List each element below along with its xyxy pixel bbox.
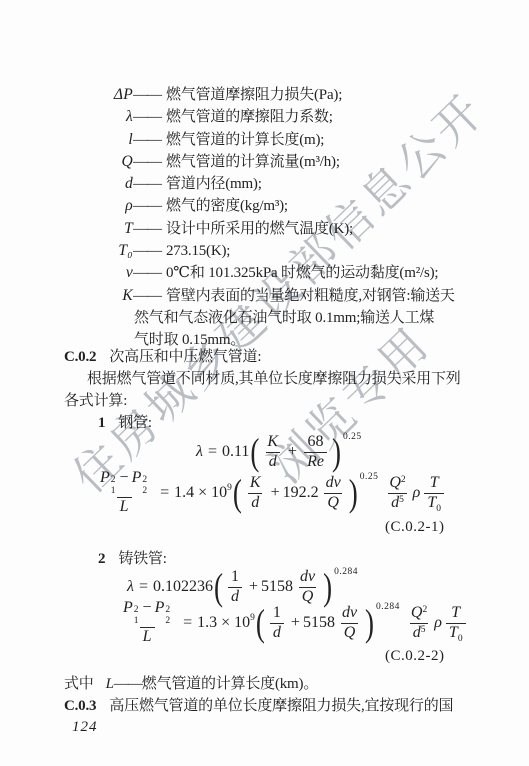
var-lambda: λ bbox=[196, 443, 203, 461]
fraction-68-over-re: 68 Re bbox=[304, 433, 327, 471]
definition-row: K——管壁内表面的当量绝对粗糙度,对钢管:输送天 bbox=[64, 285, 455, 307]
sup-sub-stack: 22 bbox=[142, 475, 147, 497]
definition-row: T——设计中所采用的燃气温度(K); bbox=[64, 218, 455, 240]
fraction-k-over-d: K d bbox=[264, 433, 281, 471]
equation-footnote: 式中L——燃气管道的计算长度(km)。 bbox=[64, 672, 318, 693]
em-dash: —— bbox=[114, 676, 142, 692]
equals-sign: = bbox=[139, 578, 148, 596]
clause-c02-heading: C.0.2次高压和中压燃气管道: bbox=[64, 345, 261, 366]
var-rho: ρ bbox=[434, 614, 442, 632]
fraction-pressure-over-length: P21−P22 L bbox=[97, 469, 151, 516]
page-number: 124 bbox=[72, 719, 98, 736]
definition-row: λ——燃气管道的摩擦阻力系数; bbox=[64, 106, 455, 128]
equation-steel-pressure-drop: P21−P22 L = 1.4 × 109 ( K d + 192.2 dν Q… bbox=[93, 469, 448, 517]
coefficient-2: 192.2 bbox=[283, 484, 319, 502]
equation-label-c02-2: (C.0.2-2) bbox=[385, 648, 445, 665]
right-paren: ) bbox=[332, 433, 341, 471]
definition-row: Q——燃气管道的计算流量(m³/h); bbox=[64, 151, 455, 173]
right-paren: ) bbox=[365, 604, 374, 642]
item-label: 钢管: bbox=[118, 415, 152, 431]
em-dash: —— bbox=[133, 151, 166, 173]
left-paren: ( bbox=[256, 604, 265, 642]
left-paren: ( bbox=[233, 474, 242, 512]
item-number: 2 bbox=[98, 551, 105, 567]
exponent: 0.284 bbox=[376, 602, 400, 612]
definition-text: 燃气管道的计算长度(m); bbox=[166, 129, 324, 151]
coefficient-2: 5158 bbox=[261, 578, 293, 596]
sup-sub-stack: 21 bbox=[111, 475, 116, 497]
definition-text: 燃气管道摩擦阻力损失(Pa); bbox=[166, 84, 342, 106]
definition-row: l——燃气管道的计算长度(m); bbox=[64, 129, 455, 151]
definition-text: 管道内径(mm); bbox=[166, 173, 262, 195]
plus-sign: + bbox=[271, 484, 280, 502]
em-dash: —— bbox=[133, 106, 166, 128]
equals-sign: = bbox=[183, 614, 192, 632]
definition-text: 0℃和 101.325kPa 时燃气的运动黏度(m²/s); bbox=[166, 262, 438, 284]
exponent: 0.284 bbox=[334, 567, 358, 577]
definition-row: T₀——273.15(K); bbox=[64, 240, 455, 262]
right-paren: ) bbox=[349, 474, 358, 512]
var-lambda: λ bbox=[127, 578, 134, 596]
equals-sign: = bbox=[208, 443, 217, 461]
clause-title: 次高压和中压燃气管道: bbox=[109, 349, 261, 365]
clause-text: 高压燃气管道的单位长度摩擦阻力损失,宜按现行的国 bbox=[109, 698, 453, 714]
list-item-steel-pipe: 1钢管: bbox=[98, 411, 152, 432]
symbol-t0: T₀ bbox=[64, 240, 133, 262]
definition-text: 燃气管道的计算流量(m³/h); bbox=[166, 151, 340, 173]
fraction-q2-over-d5: Q2 d5 bbox=[408, 604, 430, 642]
fraction-pressure-over-length: P21−P22 L bbox=[120, 599, 174, 646]
footnote-prefix: 式中 bbox=[64, 676, 94, 692]
clause-number: C.0.3 bbox=[64, 698, 96, 714]
fraction-1-over-d: 1 d bbox=[270, 604, 284, 642]
symbol-q: Q bbox=[64, 151, 133, 173]
clause-c03-heading: C.0.3高压燃气管道的单位长度摩擦阻力损失,宜按现行的国 bbox=[64, 694, 453, 715]
footnote-text: 燃气管道的计算长度(km)。 bbox=[142, 676, 318, 692]
equation-iron-pressure-drop: P21−P22 L = 1.3 × 109 ( 1 d + 5158 dν Q … bbox=[116, 599, 470, 647]
em-dash: —— bbox=[133, 285, 166, 307]
definition-row: ρ——燃气的密度(kg/m³); bbox=[64, 195, 455, 217]
definition-row: ν——0℃和 101.325kPa 时燃气的运动黏度(m²/s); bbox=[64, 262, 455, 284]
plus-sign: + bbox=[288, 443, 297, 461]
em-dash: —— bbox=[133, 240, 166, 262]
equals-sign: = bbox=[160, 484, 169, 502]
definition-text: 管壁内表面的当量绝对粗糙度,对钢管:输送天 bbox=[166, 285, 455, 307]
item-number: 1 bbox=[98, 415, 105, 431]
minus-sign: − bbox=[143, 599, 152, 617]
clause-number: C.0.2 bbox=[64, 349, 96, 365]
fraction-dnu-over-q: dν Q bbox=[323, 474, 344, 512]
power-of-ten: 9 bbox=[250, 613, 255, 623]
coefficient: 1.3 × 10 bbox=[197, 614, 250, 632]
definition-text-wrap: 然气和气态液化石油气时取 0.1mm;输送人工煤 bbox=[134, 307, 455, 329]
symbol-definition-list: ΔP——燃气管道摩擦阻力损失(Pa); λ——燃气管道的摩擦阻力系数; l——燃… bbox=[64, 84, 455, 352]
em-dash: —— bbox=[133, 173, 166, 195]
equation-label-c02-1: (C.0.2-1) bbox=[385, 519, 445, 536]
sup-sub-stack: 21 bbox=[134, 605, 139, 627]
var-rho: ρ bbox=[413, 484, 421, 502]
definition-text: 燃气的密度(kg/m³); bbox=[166, 195, 288, 217]
left-paren: ( bbox=[250, 433, 259, 471]
definition-row: d——管道内径(mm); bbox=[64, 173, 455, 195]
definition-text: 燃气管道的摩擦阻力系数; bbox=[166, 106, 333, 128]
symbol-lambda: λ bbox=[64, 106, 133, 128]
coefficient-2: 5158 bbox=[303, 614, 335, 632]
coefficient: 0.11 bbox=[222, 443, 249, 461]
coefficient: 0.102236 bbox=[153, 578, 213, 596]
symbol-nu: ν bbox=[64, 262, 133, 284]
power-of-ten: 9 bbox=[227, 483, 232, 493]
symbol-d: d bbox=[64, 173, 133, 195]
definition-text: 设计中所采用的燃气温度(K); bbox=[166, 218, 353, 240]
definition-text: 273.15(K); bbox=[166, 240, 230, 262]
symbol-l: l bbox=[64, 129, 133, 151]
em-dash: —— bbox=[133, 218, 166, 240]
exponent: 0.25 bbox=[343, 432, 362, 442]
fraction-t-over-t0: T T0 bbox=[424, 474, 444, 512]
em-dash: —— bbox=[133, 84, 166, 106]
clause-c02-paragraph-line1: 根据燃气管道不同材质,其单位长度摩擦阻力损失采用下列 bbox=[87, 367, 461, 388]
var-capital-l: L bbox=[106, 676, 114, 692]
fraction-dnu-over-q: dν Q bbox=[339, 604, 360, 642]
fraction-t-over-t0: T T0 bbox=[446, 604, 466, 642]
sup-sub-stack: 22 bbox=[165, 605, 170, 627]
symbol-k: K bbox=[64, 285, 133, 307]
exponent: 0.25 bbox=[360, 472, 379, 482]
fraction-k-over-d: K d bbox=[247, 474, 264, 512]
em-dash: —— bbox=[133, 262, 166, 284]
em-dash: —— bbox=[133, 195, 166, 217]
symbol-rho: ρ bbox=[64, 195, 133, 217]
plus-sign: + bbox=[291, 614, 300, 632]
definition-row: ΔP——燃气管道摩擦阻力损失(Pa); bbox=[64, 84, 455, 106]
symbol-delta-p: ΔP bbox=[64, 84, 133, 106]
document-page: 住房城乡建设部信息公开 浏览专用 ΔP——燃气管道摩擦阻力损失(Pa); λ——… bbox=[0, 0, 529, 766]
em-dash: —— bbox=[133, 129, 166, 151]
clause-c02-paragraph-line2: 各式计算: bbox=[64, 389, 127, 410]
plus-sign: + bbox=[249, 578, 258, 596]
minus-sign: − bbox=[120, 469, 129, 487]
fraction-q2-over-d5: Q2 d5 bbox=[386, 474, 408, 512]
coefficient: 1.4 × 10 bbox=[174, 484, 227, 502]
symbol-t: T bbox=[64, 218, 133, 240]
